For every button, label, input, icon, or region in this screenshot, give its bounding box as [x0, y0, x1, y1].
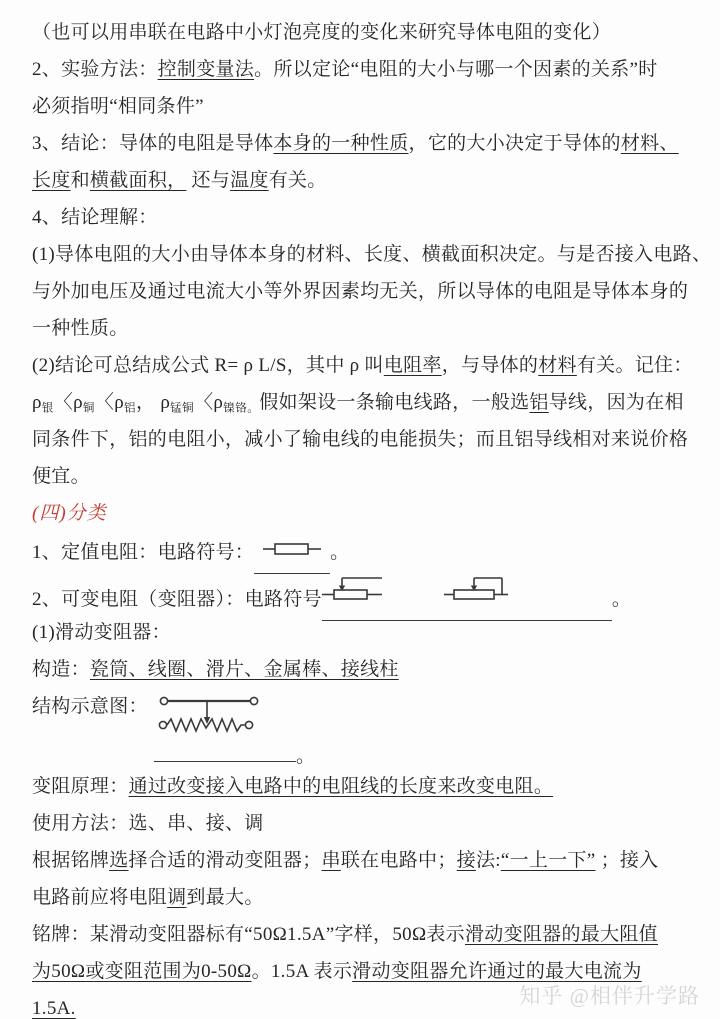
text-run: 锰铜: [170, 403, 194, 415]
rheostat-symbols-blank: [322, 573, 612, 621]
text-run: 3、结论：导体的电阻是导体: [32, 133, 273, 154]
line-conclusion-cont: 长度和横截面积， 还与温度有关。: [32, 162, 694, 199]
watermark: 知乎 @相伴升学路: [519, 980, 700, 1010]
line-formula: (2)结论可总结成公式 R= ρ L/S，其中 ρ 叫电阻率，与导体的材料有关。…: [32, 347, 694, 384]
text-run: 〈ρ: [54, 392, 83, 413]
document-page: （也可以用串联在电路中小灯泡亮度的变化来研究导体电阻的变化） 2、实验方法：控制…: [0, 0, 720, 1019]
text-run: 镍铬。: [223, 403, 259, 415]
line-construction: 构造：瓷筒、线圈、滑片、金属棒、接线柱: [32, 651, 694, 688]
text-run: ；接入: [596, 850, 659, 871]
text-run: (1)滑动变阻器：: [32, 622, 171, 643]
text-run: 〈ρ: [194, 392, 223, 413]
text-run: 结构示意图：: [32, 688, 148, 725]
text-run: (2)结论可总结成公式 R= ρ L/S，其中 ρ 叫: [32, 355, 384, 376]
text-run: 滑动变阻器允许通过的最大电流为: [352, 961, 642, 982]
text-run: 银: [42, 403, 54, 415]
text-run: ， ρ: [136, 392, 170, 413]
line-usage: 使用方法：选、串、接、调: [32, 805, 694, 842]
text-run: 4、结论理解：: [32, 207, 158, 228]
text-run: 有关。: [269, 170, 327, 191]
text-run: ρ: [32, 392, 42, 413]
text-run: 长度: [32, 170, 71, 191]
text-run: 本身的一种性质: [273, 133, 408, 154]
line-structure-blank: 。: [32, 742, 694, 768]
text-run: 串: [322, 850, 341, 871]
text-run: 一种性质。: [32, 318, 129, 339]
text-run: 温度: [230, 170, 269, 191]
text-run: 构造：: [32, 659, 90, 680]
text-run: 电阻率: [384, 355, 442, 376]
line-aluminum-a: 同条件下，铝的电阻小，减小了输电线的电能损失；而且铝导线相对来说价格: [32, 421, 694, 458]
text-run: 2、实验方法：: [32, 59, 158, 80]
text-run: 必须指明“相同条件”: [32, 96, 204, 117]
text-run: 导线，因为在相: [549, 392, 684, 413]
line-understanding-1b: 与外加电压及通过电流大小等外界因素均无关，所以导体的电阻是导体本身的: [32, 273, 694, 310]
line-understanding-heading: 4、结论理解：: [32, 199, 694, 236]
line-principle: 变阻原理：通过改变接入电路中的电阻线的长度来改变电阻。: [32, 768, 694, 805]
text-run: 铜: [83, 403, 95, 415]
text-run: 接: [457, 850, 476, 871]
text-run: 。所以定论“电阻的大小与哪一个因素的关系”时: [254, 59, 657, 80]
text-run: 使用方法：选、串、接、调: [32, 813, 264, 834]
resistor-symbol-icon: [263, 542, 321, 556]
text-run: 1.5A.: [32, 998, 76, 1019]
text-run: 假如架设一条输电线路，一般选: [259, 392, 529, 413]
text-run: 材料: [538, 355, 577, 376]
line-experiment-method-cont: 必须指明“相同条件”: [32, 88, 694, 125]
line-experiment-method: 2、实验方法：控制变量法。所以定论“电阻的大小与哪一个因素的关系”时: [32, 51, 694, 88]
text-run: 控制变量法: [158, 59, 255, 80]
text-run: 2、可变电阻（变阻器）：电路符号: [32, 589, 322, 610]
heading-classification: (四)分类: [32, 495, 694, 532]
text-run: 铝: [124, 403, 136, 415]
line-aluminum-b: 便宜。: [32, 458, 694, 495]
text-run: 选: [109, 850, 128, 871]
text-run: 铭牌：某滑动变阻器标有“50Ω1.5A”字样，50Ω表示: [32, 924, 465, 945]
text-run: 材料、: [621, 133, 679, 154]
section-heading: (四)分类: [32, 503, 107, 524]
line-resistivity-order: ρ银〈ρ铜〈ρ铝， ρ锰铜〈ρ镍铬。假如架设一条输电线路，一般选铝导线，因为在相: [32, 384, 694, 421]
text-run: 横截面积，: [90, 170, 187, 191]
text-run: 铝: [529, 392, 548, 413]
text-run: 变阻原理：: [32, 776, 129, 797]
line-series-lamp-note: （也可以用串联在电路中小灯泡亮度的变化来研究导体电阻的变化）: [32, 14, 694, 51]
rheostat-loop-symbol-icon: [444, 573, 510, 603]
text-run: 与外加电压及通过电流大小等外界因素均无关，所以导体的电阻是导体本身的: [32, 281, 688, 302]
rheostat-structure-diagram-icon: [158, 692, 270, 738]
text-run: 择合适的滑动变阻器；: [129, 850, 322, 871]
text-run: 到最大。: [186, 887, 263, 908]
text-run: 便宜。: [32, 466, 90, 487]
fixed-resistor-symbol-blank: [254, 532, 330, 574]
text-run: 电路前应将电阻: [32, 887, 167, 908]
text-run: 。: [296, 746, 315, 767]
text-run: 和: [71, 170, 90, 191]
text-run: 法:: [476, 850, 501, 871]
line-variable-resistor: 2、可变电阻（变阻器）：电路符号。: [32, 573, 694, 614]
fill-in-blank: [154, 742, 296, 762]
text-run: 1、定值电阻：电路符号：: [32, 542, 254, 563]
rheostat-arrow-symbol-icon: [322, 573, 384, 603]
text-run: 。: [612, 589, 631, 610]
text-run: 有关。记住：: [577, 355, 693, 376]
line-understanding-1c: 一种性质。: [32, 310, 694, 347]
line-nameplate-a: 铭牌：某滑动变阻器标有“50Ω1.5A”字样，50Ω表示滑动变阻器的最大阻值: [32, 916, 694, 953]
text-run: (1)导体电阻的大小由导体本身的材料、长度、横截面积决定。与是否接入电路、: [32, 244, 711, 265]
text-run: “一上一下”: [501, 850, 596, 871]
text-run: 通过改变接入电路中的电阻线的长度来改变电阻。: [129, 776, 554, 797]
text-run: ，它的大小决定于导体的: [409, 133, 621, 154]
text-run: 联在电路中；: [341, 850, 457, 871]
line-structure-diagram: 结构示意图：: [32, 688, 694, 742]
line-usage-detail-a: 根据铭牌选择合适的滑动变阻器；串联在电路中；接法:“一上一下” ；接入: [32, 842, 694, 879]
text-run: 。1.5A 表示: [252, 961, 353, 982]
text-run: 还与: [186, 170, 230, 191]
text-run: 瓷筒、线圈、滑片、金属棒、接线柱: [90, 659, 399, 680]
text-run: 〈ρ: [95, 392, 124, 413]
text-run: （也可以用串联在电路中小灯泡亮度的变化来研究导体电阻的变化）: [32, 22, 611, 43]
line-fixed-resistor: 1、定值电阻：电路符号：。: [32, 532, 694, 573]
text-run: 滑动变阻器的最大阻值: [465, 924, 658, 945]
line-usage-detail-b: 电路前应将电阻调到最大。: [32, 879, 694, 916]
text-run: 根据铭牌: [32, 850, 109, 871]
line-understanding-1a: (1)导体电阻的大小由导体本身的材料、长度、横截面积决定。与是否接入电路、: [32, 236, 694, 273]
text-run: 。: [330, 542, 349, 563]
text-run: 同条件下，铝的电阻小，减小了输电线的电能损失；而且铝导线相对来说价格: [32, 429, 688, 450]
text-run: 为50Ω或变阻范围为0-50Ω: [32, 961, 252, 982]
text-run: 调: [167, 887, 186, 908]
line-conclusion: 3、结论：导体的电阻是导体本身的一种性质，它的大小决定于导体的材料、: [32, 125, 694, 162]
text-run: ，与导体的: [442, 355, 539, 376]
